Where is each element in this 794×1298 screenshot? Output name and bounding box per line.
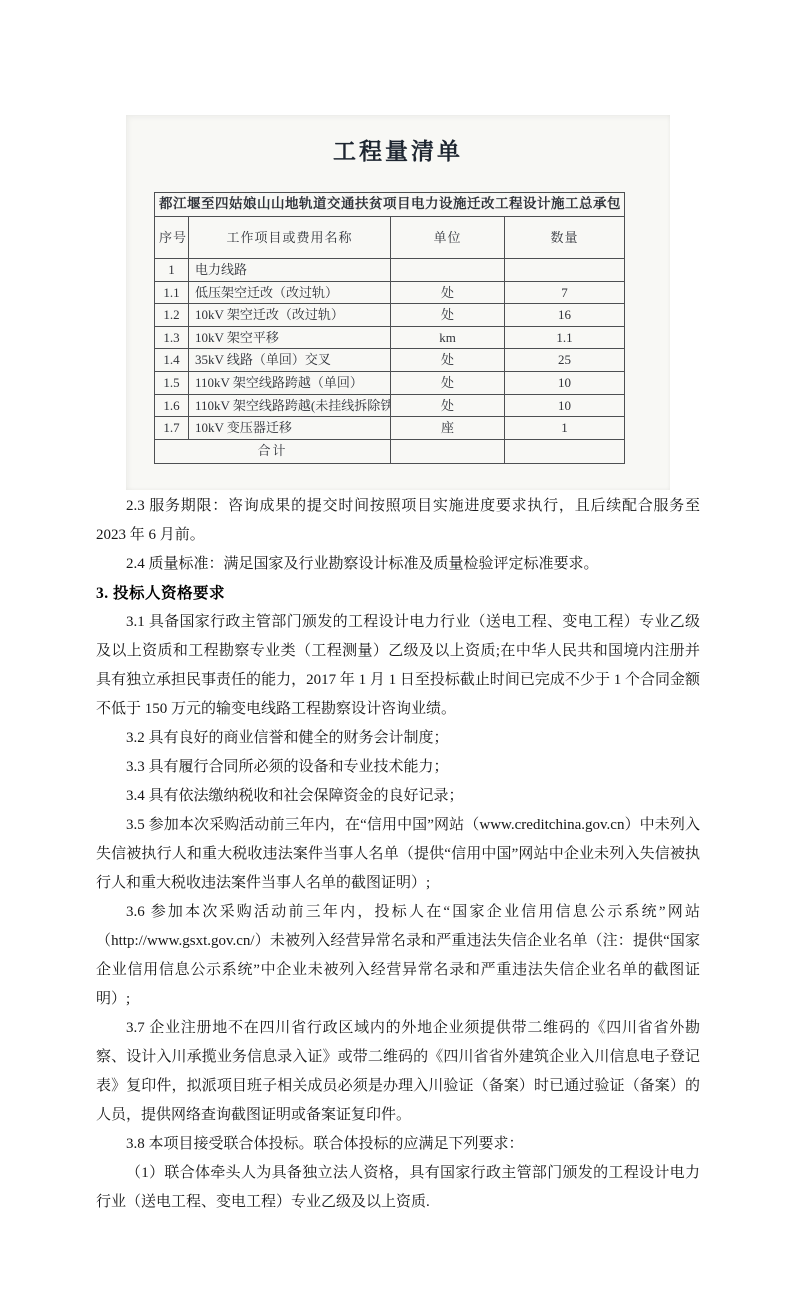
col-header-no: 序号 (155, 217, 189, 259)
quantities-table: 都江堰至四姑娘山山地轨道交通扶贫项目电力设施迁改工程设计施工总承包 序号 工作项… (154, 192, 625, 464)
table-row: 1.4 35kV 线路（单回）交叉 处 25 (155, 349, 625, 372)
total-unit-cell (391, 439, 505, 463)
paragraph-3-8-item-1: （1）联合体牵头人为具备独立法人资格，具有国家行政主管部门颁发的工程设计电力行业… (96, 1159, 700, 1217)
table-row: 1.6 110kV 架空线路跨越(未挂线拆除铁塔) 处 10 (155, 394, 625, 417)
cell-qty: 1 (505, 417, 625, 440)
col-header-unit: 单位 (391, 217, 505, 259)
cell-unit: 座 (391, 417, 505, 440)
table-caption-row: 都江堰至四姑娘山山地轨道交通扶贫项目电力设施迁改工程设计施工总承包 (155, 193, 625, 217)
col-header-qty: 数量 (505, 217, 625, 259)
cell-unit: 处 (391, 281, 505, 304)
table-header-row: 序号 工作项目或费用名称 单位 数量 (155, 217, 625, 259)
total-label: 合计 (155, 439, 391, 463)
cell-name: 110kV 架空线路跨越（单回） (189, 371, 391, 394)
cell-qty (505, 259, 625, 282)
cell-name: 10kV 架空迁改（改过轨） (189, 304, 391, 327)
cell-name: 10kV 架空平移 (189, 326, 391, 349)
table-row: 1.1 低压架空迁改（改过轨） 处 7 (155, 281, 625, 304)
cell-no: 1.2 (155, 304, 189, 327)
paragraph-3-6: 3.6 参加本次采购活动前三年内，投标人在“国家企业信用信息公示系统”网站（ht… (96, 898, 700, 1014)
cell-unit: 处 (391, 304, 505, 327)
cell-no: 1.3 (155, 326, 189, 349)
cell-unit: km (391, 326, 505, 349)
cell-no: 1.5 (155, 371, 189, 394)
cell-qty: 10 (505, 371, 625, 394)
cell-qty: 1.1 (505, 326, 625, 349)
paragraph-2-3: 2.3 服务期限：咨询成果的提交时间按照项目实施进度要求执行，且后续配合服务至 … (96, 492, 700, 550)
table-row: 1.2 10kV 架空迁改（改过轨） 处 16 (155, 304, 625, 327)
paragraph-3-7: 3.7 企业注册地不在四川省行政区域内的外地企业须提供带二维码的《四川省省外勘察… (96, 1014, 700, 1130)
scan-title: 工程量清单 (126, 133, 670, 166)
table-row: 1.5 110kV 架空线路跨越（单回） 处 10 (155, 371, 625, 394)
cell-no: 1.1 (155, 281, 189, 304)
total-qty-cell (505, 439, 625, 463)
cell-name: 低压架空迁改（改过轨） (189, 281, 391, 304)
cell-no: 1 (155, 259, 189, 282)
cell-name: 10kV 变压器迁移 (189, 417, 391, 440)
cell-no: 1.4 (155, 349, 189, 372)
table-caption: 都江堰至四姑娘山山地轨道交通扶贫项目电力设施迁改工程设计施工总承包 (155, 193, 625, 217)
cell-unit: 处 (391, 394, 505, 417)
cell-name: 110kV 架空线路跨越(未挂线拆除铁塔) (189, 394, 391, 417)
paragraph-3-8: 3.8 本项目接受联合体投标。联合体投标的应满足下列要求： (96, 1130, 700, 1159)
col-header-name: 工作项目或费用名称 (189, 217, 391, 259)
table-row: 1 电力线路 (155, 259, 625, 282)
cell-name: 电力线路 (189, 259, 391, 282)
document-body: 2.3 服务期限：咨询成果的提交时间按照项目实施进度要求执行，且后续配合服务至 … (96, 492, 700, 1217)
table-total-row: 合计 (155, 439, 625, 463)
paragraph-3-2: 3.2 具有良好的商业信誉和健全的财务会计制度； (96, 724, 700, 753)
paragraph-2-4: 2.4 质量标准：满足国家及行业勘察设计标准及质量检验评定标准要求。 (96, 550, 700, 579)
document-page: 工程量清单 都江堰至四姑娘山山地轨道交通扶贫项目电力设施迁改工程设计施工总承包 … (0, 0, 794, 1298)
cell-no: 1.7 (155, 417, 189, 440)
cell-qty: 16 (505, 304, 625, 327)
cell-qty: 25 (505, 349, 625, 372)
paragraph-3-5: 3.5 参加本次采购活动前三年内，在“信用中国”网站（www.creditchi… (96, 811, 700, 898)
scanned-quantities-sheet: 工程量清单 都江堰至四姑娘山山地轨道交通扶贫项目电力设施迁改工程设计施工总承包 … (126, 115, 670, 490)
cell-unit: 处 (391, 371, 505, 394)
paragraph-3-1: 3.1 具备国家行政主管部门颁发的工程设计电力行业（送电工程、变电工程）专业乙级… (96, 608, 700, 724)
paragraph-3-3: 3.3 具有履行合同所必须的设备和专业技术能力； (96, 753, 700, 782)
cell-no: 1.6 (155, 394, 189, 417)
cell-qty: 10 (505, 394, 625, 417)
cell-name: 35kV 线路（单回）交叉 (189, 349, 391, 372)
cell-unit: 处 (391, 349, 505, 372)
section-heading-3: 3. 投标人资格要求 (96, 579, 700, 608)
paragraph-3-4: 3.4 具有依法缴纳税收和社会保障资金的良好记录； (96, 782, 700, 811)
cell-qty: 7 (505, 281, 625, 304)
cell-unit (391, 259, 505, 282)
table-row: 1.3 10kV 架空平移 km 1.1 (155, 326, 625, 349)
table-row: 1.7 10kV 变压器迁移 座 1 (155, 417, 625, 440)
